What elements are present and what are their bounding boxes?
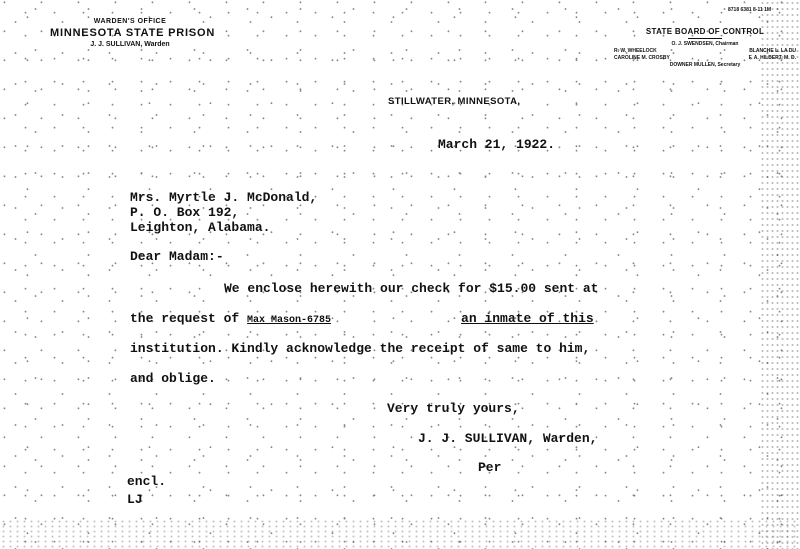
board-name: STATE BOARD OF CONTROL (610, 27, 800, 36)
warden-office-label: WARDEN'S OFFICE (50, 18, 210, 25)
board-members-row-2: CAROLINE M. CROSBY F. A. HILBERT, M. D. (610, 55, 800, 61)
body-line-2: the request of Max Mason-6785an inmate o… (130, 311, 594, 326)
recipient-city: Leighton, Alabama. (130, 220, 317, 235)
letterhead-right: STATE BOARD OF CONTROL O. J. SWENDSEN, C… (610, 27, 800, 68)
scan-edge-bottom (0, 519, 800, 549)
typist-initials: LJ (127, 492, 143, 507)
body-line-1-end: sent at (536, 281, 598, 296)
signature: J. J. SULLIVAN, Warden, (418, 431, 597, 446)
board-chairman: O. J. SWENDSEN, Chairman (610, 41, 800, 47)
letter-place: STILLWATER, MINNESOTA, (388, 96, 520, 107)
board-member: BLANCHE L. LA DU (749, 48, 796, 54)
body-line-4: and oblige. (130, 371, 216, 386)
board-member: R. W. WHEELOCK (614, 48, 657, 54)
per-label: Per (478, 460, 501, 475)
salutation: Dear Madam:- (130, 249, 224, 264)
board-member: F. A. HILBERT, M. D. (749, 55, 796, 61)
board-secretary: DOWNER MULLEN, Secretary (610, 62, 800, 68)
body-line-2-end: an inmate of this (461, 311, 594, 326)
enclosure-note: encl. (127, 474, 166, 489)
recipient-address: Mrs. Myrtle J. McDonald, P. O. Box 192, … (130, 190, 317, 235)
warden-name: J. J. SULLIVAN, Warden (50, 41, 210, 48)
letter-date: March 21, 1922. (438, 137, 555, 152)
body-line-1: We enclose herewith our check for $15.00… (224, 281, 598, 296)
board-member: CAROLINE M. CROSBY (614, 55, 670, 61)
recipient-name: Mrs. Myrtle J. McDonald, (130, 190, 317, 205)
board-members-row-1: R. W. WHEELOCK BLANCHE L. LA DU (610, 48, 800, 54)
institution-name: MINNESOTA STATE PRISON (50, 27, 210, 39)
letterhead-left: WARDEN'S OFFICE MINNESOTA STATE PRISON J… (50, 18, 210, 48)
letterhead-rule (688, 38, 722, 39)
body-line-1-text: We enclose herewith our check for (224, 281, 489, 296)
check-amount: $15.00 (489, 281, 536, 296)
body-line-3: institution. Kindly acknowledge the rece… (130, 341, 590, 356)
scan-noise (0, 0, 800, 549)
inmate-name: Max Mason-6785 (247, 315, 331, 326)
form-number: 8718 6381 8-11 1M (728, 7, 771, 13)
closing: Very truly yours, (387, 401, 520, 416)
recipient-po-box: P. O. Box 192, (130, 205, 317, 220)
scan-edge-right (760, 0, 800, 549)
body-line-2-text: the request of (130, 311, 247, 326)
